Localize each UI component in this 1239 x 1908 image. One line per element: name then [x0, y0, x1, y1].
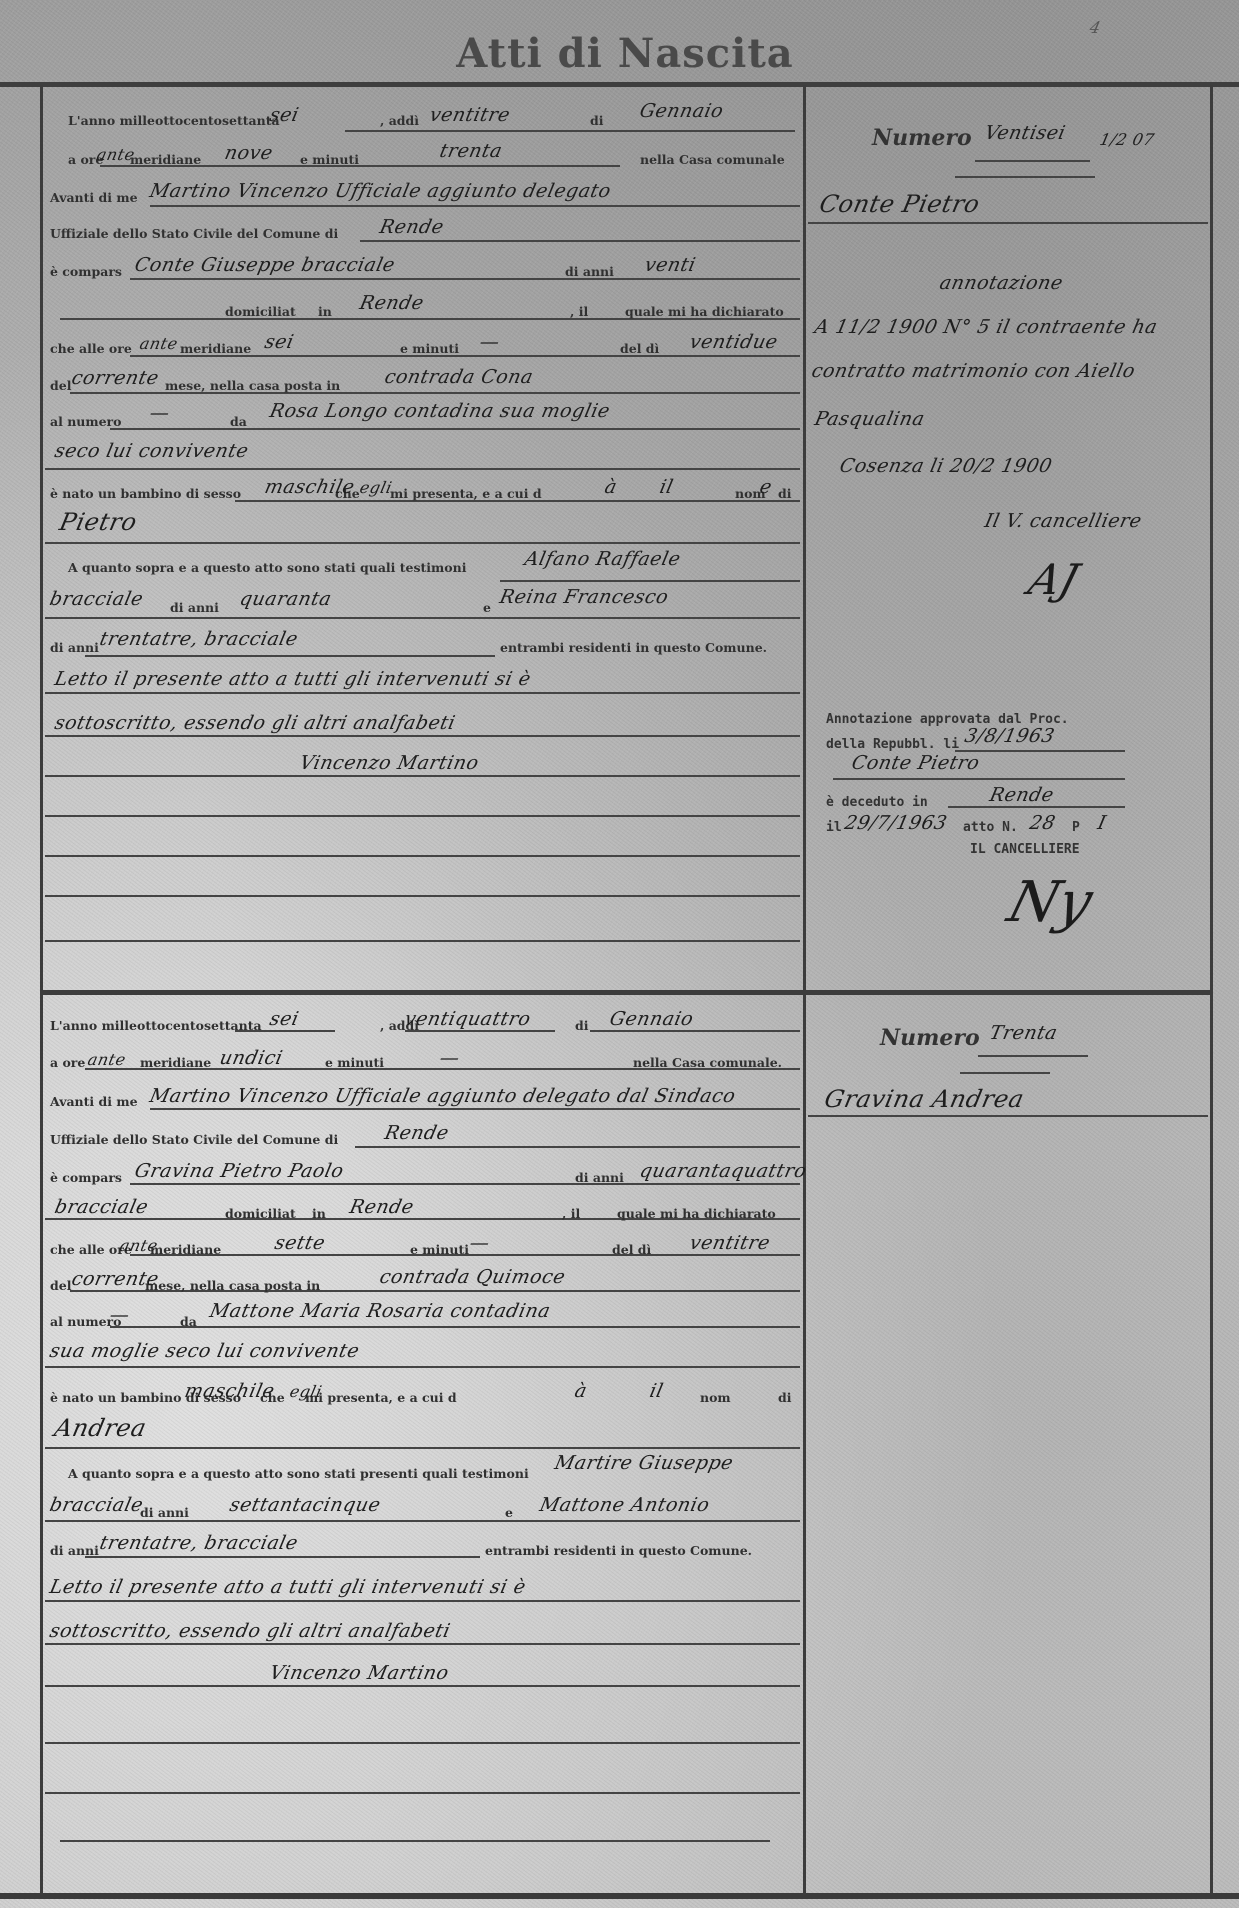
handwritten-year: sei — [268, 104, 301, 126]
rule — [975, 160, 1090, 162]
handwritten-house-number: — — [108, 1304, 132, 1326]
frame-top-border — [0, 82, 1239, 87]
printed-text: , il — [570, 304, 588, 319]
death-note-print-2: della Repubbl. li — [826, 737, 959, 752]
rule — [948, 806, 1125, 808]
printed-text: da — [230, 414, 247, 429]
printed-text: meridiane — [180, 341, 251, 356]
handwritten-comune: Rende — [383, 1122, 451, 1144]
rule — [808, 222, 1208, 224]
printed-text: e — [505, 1505, 513, 1520]
printed-text: Uffiziale dello Stato Civile del Comune … — [50, 226, 338, 241]
handwritten-witness1-age: quaranta — [238, 588, 334, 610]
printed-text: e — [483, 600, 491, 615]
printed-text: A quanto sopra e a questo atto sono stat… — [68, 1466, 529, 1481]
handwritten-mother: Rosa Longo contadina sua moglie — [268, 400, 612, 422]
handwritten-officer: Martino Vincenzo Ufficiale aggiunto dele… — [148, 180, 613, 202]
handwritten-closing-1: Letto il presente atto a tutti gli inter… — [48, 1576, 528, 1598]
rule — [110, 1326, 800, 1328]
handwritten-hour: undici — [218, 1047, 285, 1069]
printed-text: in — [312, 1206, 326, 1221]
printed-text: di anni — [575, 1170, 624, 1185]
handwritten-house-number: — — [148, 402, 172, 424]
rule — [45, 815, 800, 817]
handwritten-age: venti — [643, 254, 698, 276]
annotation-signer-title: Il V. cancelliere — [983, 510, 1144, 532]
rule — [45, 1366, 800, 1368]
handwritten-sex: maschile — [263, 476, 357, 498]
printed-text: entrambi residenti in questo Comune. — [485, 1543, 752, 1558]
handwritten-birth-ore-prefix: ante — [138, 334, 180, 353]
handwritten-house-location: contrada Quimoce — [378, 1266, 568, 1288]
handwritten-che: egli — [358, 478, 394, 497]
printed-text: A quanto sopra e a questo atto sono stat… — [68, 560, 466, 575]
printed-text: nella Casa comunale — [640, 152, 785, 167]
annotation-heading: annotazione — [938, 272, 1065, 294]
printed-text: di — [778, 1390, 792, 1405]
rule — [150, 1108, 800, 1110]
annotation-line-2: contratto matrimonio con Aiello — [810, 360, 1138, 382]
rule — [60, 1840, 770, 1842]
printed-text: L'anno milleottocentosettanta — [68, 113, 280, 128]
printed-text: entrambi residenti in questo Comune. — [500, 640, 767, 655]
printed-text: e minuti — [410, 1242, 469, 1257]
printed-text: di — [590, 113, 604, 128]
printed-text: meridiane — [150, 1242, 221, 1257]
death-note-part: I — [1096, 812, 1109, 834]
printed-text: meridiane — [130, 152, 201, 167]
birth-register-page: Atti di Nascita 4 L'anno milleottocentos… — [0, 0, 1239, 1908]
printed-text: Avanti di me — [50, 1094, 138, 1109]
handwritten-ore-prefix: ante — [95, 145, 137, 164]
rule — [85, 1556, 480, 1558]
printed-text: da — [180, 1314, 197, 1329]
printed-text: di — [575, 1018, 589, 1033]
printed-text: al numero — [50, 414, 121, 429]
handwritten-year: sei — [268, 1008, 301, 1030]
handwritten-birth-minutes: — — [468, 1232, 492, 1254]
page-title: Atti di Nascita — [415, 30, 835, 77]
handwritten-witness1-occupation: bracciale — [48, 1494, 146, 1516]
death-note-print-3: è deceduto in — [826, 795, 928, 810]
rule — [45, 1643, 800, 1645]
printed-text: mi presenta, e a cui d — [390, 486, 542, 501]
death-note-approval-date: 3/8/1963 — [963, 725, 1057, 747]
rule — [45, 775, 800, 777]
rule — [590, 1030, 800, 1032]
rule — [355, 1146, 800, 1148]
rule — [955, 176, 1095, 178]
handwritten-age: quarantaquattro — [638, 1160, 809, 1182]
death-note-act-number: 28 — [1028, 812, 1058, 834]
rule — [45, 940, 800, 942]
printed-text: nom — [700, 1390, 731, 1405]
officer-signature: Vincenzo Martino — [298, 752, 481, 774]
rule — [45, 1742, 800, 1744]
record-number-label: Numero — [872, 125, 972, 151]
rule — [360, 240, 800, 242]
rule — [833, 778, 1125, 780]
rule — [130, 1183, 800, 1185]
handwritten-declarant: Conte Giuseppe bracciale — [133, 254, 397, 276]
printed-text: di anni — [565, 264, 614, 279]
rule — [978, 1055, 1088, 1057]
handwritten-minutes: trenta — [438, 140, 505, 162]
printed-text: di anni — [50, 640, 99, 655]
printed-text: L'anno milleottocentosettanta — [50, 1018, 262, 1033]
printed-text: è nato un bambino di sesso — [50, 486, 241, 501]
handwritten-minutes: — — [438, 1047, 462, 1069]
handwritten-birth-day: ventidue — [688, 331, 780, 353]
printed-text: e minuti — [325, 1055, 384, 1070]
handwritten-witness1-occupation: bracciale — [48, 588, 146, 610]
rule — [130, 278, 800, 280]
handwritten-closing-1: Letto il presente atto a tutti gli inter… — [53, 668, 533, 690]
rule — [405, 1030, 555, 1032]
printed-text: che alle ore — [50, 341, 132, 356]
handwritten-mother-cont: seco lui convivente — [53, 440, 251, 462]
handwritten-witness1: Alfano Raffaele — [523, 548, 683, 570]
handwritten-declarant: Gravina Pietro Paolo — [133, 1160, 346, 1182]
death-note-print-5: atto N. — [963, 820, 1018, 835]
printed-text: di anni — [50, 1543, 99, 1558]
death-note-date: 29/7/1963 — [843, 812, 950, 834]
handwritten-month: Gennaio — [638, 100, 726, 122]
handwritten-day: ventiquattro — [403, 1008, 533, 1030]
handwritten-sex: maschile — [183, 1380, 277, 1402]
handwritten-closing-2: sottoscritto, essendo gli altri analfabe… — [48, 1620, 453, 1642]
handwritten-child-name: Pietro — [57, 508, 140, 536]
handwritten-witness1-age: settantacinque — [228, 1494, 383, 1516]
rule — [45, 468, 800, 470]
handwritten-birth-ore-prefix: ante — [118, 1236, 160, 1255]
handwritten-mother-cont: sua moglie seco lui convivente — [48, 1340, 362, 1362]
printed-text: e minuti — [400, 341, 459, 356]
corner-mark: 4 — [1088, 18, 1103, 37]
handwritten-domicile: Rende — [358, 292, 426, 314]
death-note-clerk-signature: Ny — [1001, 870, 1099, 935]
handwritten-comune: Rende — [378, 216, 446, 238]
rule — [345, 130, 795, 132]
death-note-clerk-title: IL CANCELLIERE — [970, 842, 1080, 857]
handwritten-officer: Martino Vincenzo Ufficiale aggiunto dele… — [148, 1085, 738, 1107]
handwritten-closing-2: sottoscritto, essendo gli altri analfabe… — [53, 712, 458, 734]
rule — [45, 1685, 800, 1687]
record-number-label: Numero — [880, 1025, 980, 1051]
printed-text: mese, nella casa posta in — [165, 378, 340, 393]
handwritten-birth-month: corrente — [70, 1268, 161, 1290]
handwritten-birth-day: ventitre — [688, 1232, 773, 1254]
printed-text: è compars — [50, 264, 122, 279]
rule — [85, 655, 495, 657]
printed-text: del dì — [612, 1242, 651, 1257]
printed-text: , il — [562, 1206, 580, 1221]
printed-text: quale mi ha dichiarato — [625, 304, 784, 319]
death-note-place: Rende — [988, 784, 1056, 806]
annotation-line-3: Pasqualina — [813, 408, 927, 430]
death-note-name: Conte Pietro — [850, 752, 982, 774]
handwritten-witness2-age: trentatre, bracciale — [98, 1532, 300, 1554]
frame-bottom-border — [0, 1893, 1239, 1899]
printed-text: domiciliat — [225, 304, 296, 319]
printed-text: mi presenta, e a cui d — [305, 1390, 457, 1405]
officer-signature: Vincenzo Martino — [268, 1662, 451, 1684]
printed-text: meridiane — [140, 1055, 211, 1070]
handwritten-ore-prefix: ante — [86, 1050, 128, 1069]
printed-text: , addì — [380, 113, 419, 128]
annotation-signature: AJ — [1023, 555, 1083, 604]
handwritten-child-name: Andrea — [52, 1414, 149, 1442]
printed-text: nella Casa comunale. — [633, 1055, 782, 1070]
handwritten-witness2: Reina Francesco — [498, 586, 671, 608]
handwritten-house-location: contrada Cona — [383, 366, 536, 388]
record-number-value: Trenta — [988, 1022, 1060, 1044]
annotation-line-1: A 11/2 1900 N° 5 il contraente ha — [813, 316, 1160, 338]
handwritten-domicile: Rende — [348, 1196, 416, 1218]
rule — [45, 1520, 800, 1522]
margin-child-name: Conte Pietro — [817, 190, 982, 218]
death-note-print-6: P — [1072, 820, 1080, 835]
handwritten-birth-hour: sette — [273, 1232, 328, 1254]
annotation-place-date: Cosenza li 20/2 1900 — [838, 455, 1055, 477]
printed-text: di — [778, 486, 792, 501]
printed-text: del dì — [620, 341, 659, 356]
printed-text: e minuti — [300, 152, 359, 167]
printed-text: quale mi ha dichiarato — [617, 1206, 776, 1221]
printed-text: mese, nella casa posta in — [145, 1278, 320, 1293]
death-note-print-4: il — [826, 820, 842, 835]
margin-child-name: Gravina Andrea — [822, 1085, 1027, 1113]
handwritten-name-article: il — [658, 476, 676, 498]
printed-text: di anni — [170, 600, 219, 615]
printed-text: del — [50, 1278, 71, 1293]
printed-text: è compars — [50, 1170, 122, 1185]
rule — [45, 895, 800, 897]
printed-text: del — [50, 378, 71, 393]
rule — [960, 1072, 1050, 1074]
handwritten-month: Gennaio — [608, 1008, 696, 1030]
rule — [45, 1792, 800, 1794]
rule — [45, 1447, 800, 1449]
handwritten-day: ventitre — [428, 104, 513, 126]
record-divider — [40, 990, 1213, 995]
handwritten-witness2: Mattone Antonio — [538, 1494, 712, 1516]
handwritten-name-suffix: e — [758, 476, 774, 498]
handwritten-witness1: Martire Giuseppe — [553, 1452, 736, 1474]
handwritten-dare: à — [573, 1380, 590, 1402]
handwritten-birth-hour: sei — [263, 331, 296, 353]
handwritten-birth-minutes: — — [478, 331, 502, 353]
rule — [808, 1115, 1208, 1117]
handwritten-mother: Mattone Maria Rosaria contadina — [208, 1300, 553, 1322]
rule — [45, 1600, 800, 1602]
rule — [45, 692, 800, 694]
rule — [45, 735, 800, 737]
printed-text: a ore — [50, 1055, 85, 1070]
handwritten-witness2-age: trentatre, bracciale — [98, 628, 300, 650]
rule — [500, 580, 800, 582]
handwritten-occupation: bracciale — [53, 1196, 151, 1218]
record-number-value: Ventisei — [983, 122, 1068, 144]
rule — [45, 855, 800, 857]
printed-text: Uffiziale dello Stato Civile del Comune … — [50, 1132, 338, 1147]
handwritten-dare: à — [603, 476, 620, 498]
rule — [110, 428, 800, 430]
printed-text: domiciliat — [225, 1206, 296, 1221]
printed-text: di anni — [140, 1505, 189, 1520]
rule — [45, 542, 800, 544]
printed-text: Avanti di me — [50, 190, 138, 205]
rule — [45, 617, 800, 619]
printed-text: in — [318, 304, 332, 319]
rule — [150, 205, 800, 207]
handwritten-name-article: il — [648, 1380, 666, 1402]
record-number-suffix: 1/2 07 — [1098, 130, 1156, 149]
handwritten-che: egli — [288, 1382, 324, 1401]
handwritten-birth-month: corrente — [70, 367, 161, 389]
handwritten-hour: nove — [223, 142, 275, 164]
